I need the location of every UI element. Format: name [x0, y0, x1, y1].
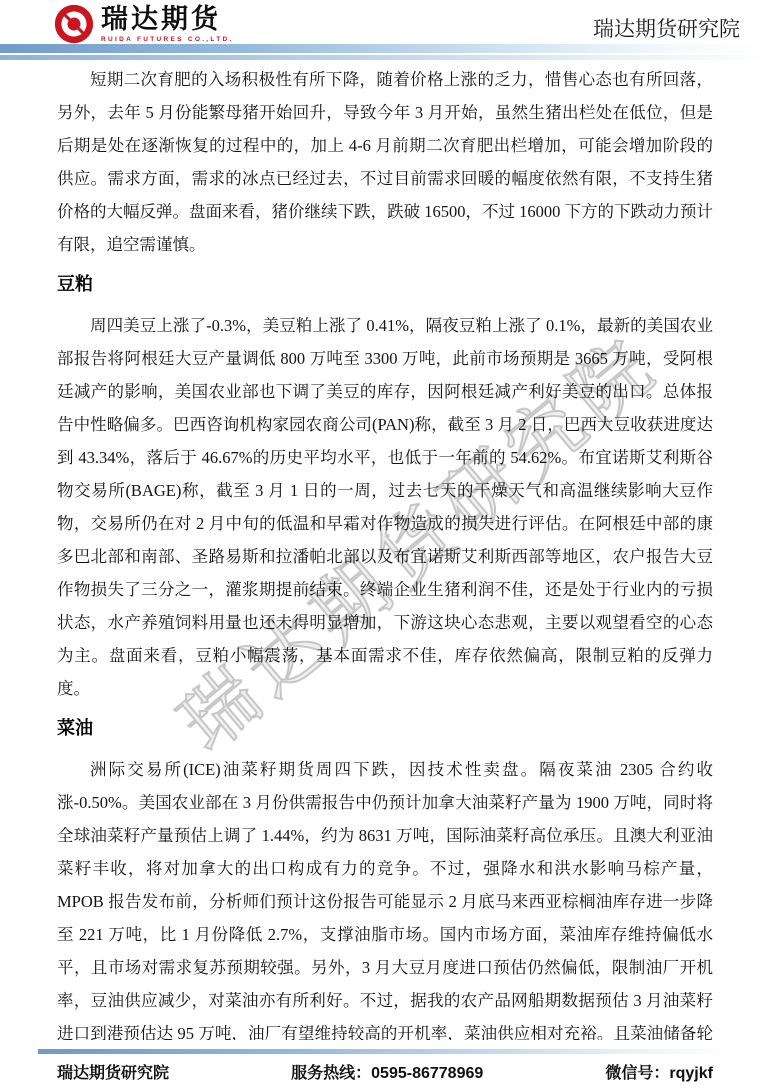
header-divider-bar-secondary [0, 55, 770, 60]
page-header: 瑞达期货 RUIDA FUTURES CO.,LTD. 瑞达期货研究院 [0, 0, 770, 44]
report-page: 瑞达期货 RUIDA FUTURES CO.,LTD. 瑞达期货研究院 瑞达期货… [0, 0, 770, 1090]
footer-wechat-id: rqyjkf [669, 1065, 713, 1082]
page-footer: 瑞达期货研究院 服务热线：0595-86778969 微信号：rqyjkf [0, 1040, 770, 1090]
brand-subtitle: RUIDA FUTURES CO.,LTD. [101, 36, 234, 43]
footer-wechat-label: 微信号： [605, 1065, 669, 1082]
section-heading-rapeseed-oil: 菜油 [57, 712, 713, 745]
company-logo: 瑞达期货 RUIDA FUTURES CO.,LTD. [54, 4, 234, 44]
footer-hotline-number: 0595-86778969 [371, 1065, 483, 1082]
header-divider [0, 44, 770, 60]
footer-institute: 瑞达期货研究院 [57, 1060, 169, 1083]
footer-hotline-label: 服务热线： [291, 1065, 371, 1082]
footer-wechat: 微信号：rqyjkf [605, 1060, 713, 1083]
logo-text: 瑞达期货 RUIDA FUTURES CO.,LTD. [101, 5, 234, 42]
section-paragraph-soybean-meal: 周四美豆上涨了-0.3%，美豆粕上涨了 0.41%，隔夜豆粕上涨了 0.1%，最… [57, 309, 713, 705]
intro-paragraph: 短期二次育肥的入场积极性有所下降，随着价格上涨的乏力，惜售心态也有所回落，另外，… [57, 63, 713, 261]
header-divider-bar-primary [0, 44, 770, 53]
footer-divider [38, 1049, 744, 1054]
section-paragraph-rapeseed-oil: 洲际交易所(ICE)油菜籽期货周四下跌，因技术性卖盘。隔夜菜油 2305 合约收… [57, 753, 713, 1083]
section-heading-soybean-meal: 豆粕 [57, 268, 713, 301]
header-institute-title: 瑞达期货研究院 [593, 13, 740, 43]
footer-row: 瑞达期货研究院 服务热线：0595-86778969 微信号：rqyjkf [57, 1060, 713, 1083]
footer-hotline: 服务热线：0595-86778969 [291, 1060, 483, 1083]
ruida-logo-icon [54, 4, 94, 44]
brand-name: 瑞达期货 [101, 5, 234, 33]
report-body: 短期二次育肥的入场积极性有所下降，随着价格上涨的乏力，惜售心态也有所回落，另外，… [57, 63, 713, 1083]
